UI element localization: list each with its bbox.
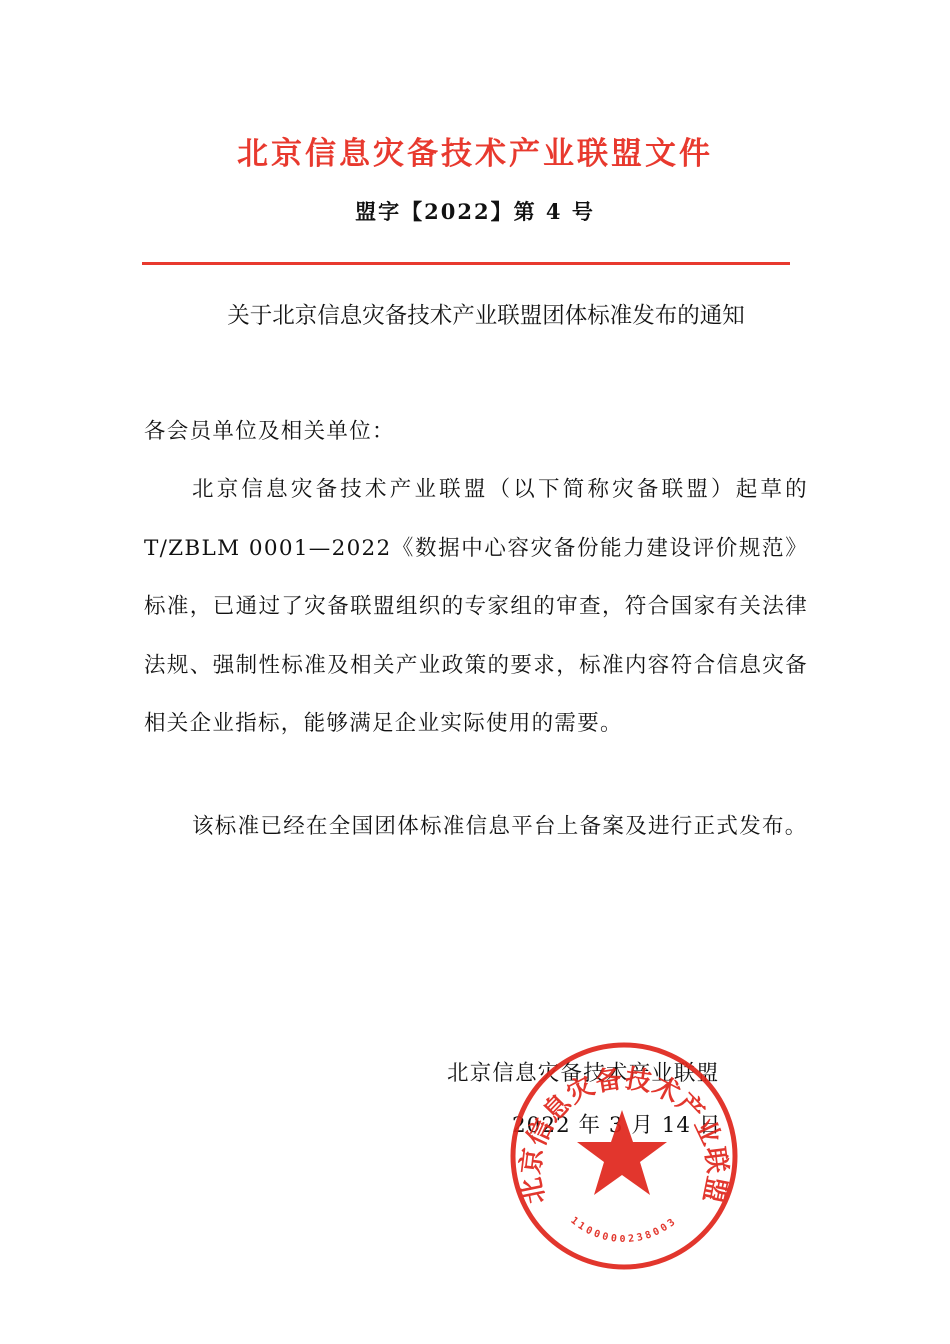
notice-title: 关于北京信息灾备技术产业联盟团体标准发布的通知 <box>0 298 950 330</box>
official-seal: 北京信息灾备技术产业联盟 1100000238003 <box>508 1040 740 1272</box>
star-icon <box>577 1110 667 1195</box>
salutation: 各会员单位及相关单位： <box>144 403 808 462</box>
document-header-title: 北京信息灾备技术产业联盟文件 <box>0 128 950 173</box>
seal-serial-number: 1100000238003 <box>568 1215 679 1245</box>
body-paragraph: 北京信息灾备技术产业联盟（以下简称灾备联盟）起草的 T/ZBLM 0001—20… <box>144 461 808 754</box>
document-number: 盟字【2022】第 4 号 <box>0 196 950 226</box>
body-paragraph: 该标准已经在全国团体标准信息平台上备案及进行正式发布。 <box>144 798 808 857</box>
red-divider <box>142 262 790 265</box>
